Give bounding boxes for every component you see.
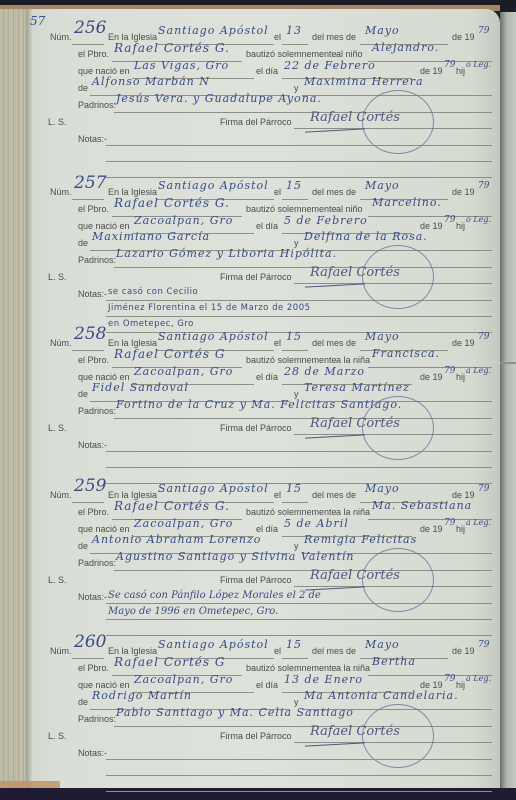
notes-label: Notas:- <box>78 289 107 299</box>
father-name: Rodrigo Martín <box>92 689 192 702</box>
form-underline <box>114 112 492 113</box>
baptism-month: Mayo <box>365 179 400 192</box>
child-name: Alejandro. <box>372 41 439 54</box>
church-name: Santiago Apóstol <box>158 638 269 651</box>
birth-year: 79 <box>444 674 455 684</box>
birth-year: 79 <box>444 518 455 528</box>
birthplace: Las Vigas, Gro <box>134 59 229 72</box>
ls-label: L. S. <box>48 731 67 741</box>
record-number: 259 <box>74 476 106 496</box>
legitimacy: a Leg. <box>466 366 491 375</box>
note-line: Jiménez Florentina el 15 de Marzo de 200… <box>108 303 311 313</box>
church-name: Santiago Apóstol <box>158 330 269 343</box>
of-label: de <box>78 541 88 551</box>
year-label: de 19 <box>452 338 475 348</box>
signature-label: Firma del Párroco <box>220 575 292 585</box>
signature-flourish <box>305 742 365 746</box>
note-line: Se casó con Pánfilo López Morales el 2 d… <box>108 590 321 601</box>
priest-label: el Pbro. <box>78 663 109 673</box>
birth-date: 28 de Marzo <box>284 365 365 378</box>
baptized-label: bautizó solemnemente <box>246 663 337 673</box>
birth-year-label: de 19 <box>420 372 443 382</box>
record-number: 256 <box>74 18 106 38</box>
birth-date: 13 de Enero <box>284 673 363 686</box>
legitimacy: a Leg. <box>466 518 491 527</box>
form-underline <box>114 418 492 419</box>
mother-name: Maximina Herrera <box>304 75 424 88</box>
godparents-names: Pablo Santiago y Ma. Celia Santiago <box>116 706 354 719</box>
ls-label: L. S. <box>48 423 67 433</box>
godparents-label: Padrinos: <box>78 255 116 265</box>
form-underline <box>282 350 308 351</box>
signature-flourish <box>305 128 365 132</box>
month-label: del mes de <box>312 490 356 500</box>
form-underline <box>282 658 308 659</box>
day-label: el <box>274 338 281 348</box>
godparents-label: Padrinos: <box>78 714 116 724</box>
baptism-year: 79 <box>478 332 489 342</box>
num-label: Núm. <box>50 187 72 197</box>
priest-label: el Pbro. <box>78 355 109 365</box>
child-prefix: a la niña <box>336 355 370 365</box>
record-number: 260 <box>74 632 106 652</box>
baptism-record: Núm.257En la IglesiaSantiago Apóstolel15… <box>0 173 500 323</box>
baptized-label: bautizó solemnemente <box>246 355 337 365</box>
notes-label: Notas:- <box>78 592 107 602</box>
year-label: de 19 <box>452 187 475 197</box>
birth-year: 79 <box>444 366 455 376</box>
baptism-day: 15 <box>286 638 302 651</box>
baptism-year: 79 <box>478 181 489 191</box>
form-underline <box>72 44 104 45</box>
of-label: de <box>78 697 88 707</box>
form-underline <box>282 44 308 45</box>
of-label: de <box>78 83 88 93</box>
priest-label: el Pbro. <box>78 204 109 214</box>
year-label: de 19 <box>452 32 475 42</box>
legitimacy: a Leg. <box>466 674 491 683</box>
priest-label: el Pbro. <box>78 507 109 517</box>
record-number: 258 <box>74 324 106 344</box>
church-name: Santiago Apóstol <box>158 179 269 192</box>
godparents-names: Agustino Santiago y Silvina Valentín <box>116 550 354 563</box>
note-line: se casó con Cecilio <box>108 287 198 297</box>
signature-label: Firma del Párroco <box>220 117 292 127</box>
child-of-label: hij <box>456 66 465 76</box>
baptism-month: Mayo <box>365 330 400 343</box>
born-day-label: el día <box>256 66 278 76</box>
ls-label: L. S. <box>48 575 67 585</box>
form-underline <box>114 267 492 268</box>
form-underline <box>106 161 492 162</box>
baptism-record: Núm.260En la IglesiaSantiago Apóstolel15… <box>0 632 500 782</box>
baptism-record: Núm.258En la IglesiaSantiago Apóstolel15… <box>0 324 500 474</box>
signature-flourish <box>305 434 365 438</box>
priest-name: Rafael Cortés G. <box>114 196 230 210</box>
form-underline <box>106 300 492 301</box>
day-label: el <box>274 187 281 197</box>
month-label: del mes de <box>312 32 356 42</box>
child-name: Bertha <box>372 655 416 668</box>
of-label: de <box>78 389 88 399</box>
ls-label: L. S. <box>48 272 67 282</box>
month-label: del mes de <box>312 338 356 348</box>
form-underline <box>282 199 308 200</box>
form-underline <box>106 603 492 604</box>
birth-year-label: de 19 <box>420 524 443 534</box>
baptized-label: bautizó solemnemente <box>246 49 337 59</box>
book-spine-right <box>500 12 516 792</box>
mother-name: Ma Antonia Candelaria. <box>304 689 459 702</box>
baptized-label: bautizó solemnemente <box>246 507 337 517</box>
baptism-record: Núm.259En la IglesiaSantiago Apóstolel15… <box>0 476 500 626</box>
num-label: Núm. <box>50 646 72 656</box>
priest-name: Rafael Cortés G. <box>114 499 230 513</box>
godparents-label: Padrinos: <box>78 406 116 416</box>
num-label: Núm. <box>50 490 72 500</box>
child-of-label: hij <box>456 524 465 534</box>
num-label: Núm. <box>50 32 72 42</box>
form-underline <box>106 759 492 760</box>
godparents-label: Padrinos: <box>78 558 116 568</box>
born-day-label: el día <box>256 221 278 231</box>
child-name: Francisca. <box>372 347 440 360</box>
form-underline <box>106 619 492 620</box>
signature-label: Firma del Párroco <box>220 423 292 433</box>
child-of-label: hij <box>456 372 465 382</box>
of-label: de <box>78 238 88 248</box>
form-underline <box>114 726 492 727</box>
birthplace: Zacoalpan, Gro <box>134 517 233 530</box>
birthplace: Zacoalpan, Gro <box>134 673 233 686</box>
day-label: el <box>274 646 281 656</box>
child-of-label: hij <box>456 221 465 231</box>
church-name: Santiago Apóstol <box>158 24 269 37</box>
godparents-names: Jesús Vera. y Guadalupe Ayona. <box>116 92 322 105</box>
form-underline <box>72 199 104 200</box>
signature-flourish <box>305 283 365 287</box>
birth-date: 5 de Abril <box>284 517 349 530</box>
ls-label: L. S. <box>48 117 67 127</box>
born-day-label: el día <box>256 372 278 382</box>
form-underline <box>72 350 104 351</box>
record-number: 257 <box>74 173 106 193</box>
day-label: el <box>274 490 281 500</box>
mother-name: Delfina de la Rosa. <box>304 230 428 243</box>
born-day-label: el día <box>256 680 278 690</box>
legitimacy: o Leg. <box>466 215 491 224</box>
baptism-day: 15 <box>286 179 302 192</box>
note-line: Mayo de 1996 en Ometepec, Gro. <box>108 606 278 617</box>
priest-name: Rafael Cortés G <box>114 347 225 361</box>
form-underline <box>282 502 308 503</box>
mother-name: Remigia Felicitas <box>304 533 417 546</box>
baptism-year: 79 <box>478 484 489 494</box>
child-prefix: a la niña <box>336 507 370 517</box>
birth-date: 5 de Febrero <box>284 214 368 227</box>
form-underline <box>72 658 104 659</box>
baptism-record: Núm.256En la IglesiaSantiago Apóstolel13… <box>0 18 500 168</box>
form-underline <box>114 570 492 571</box>
child-prefix: a la niña <box>336 663 370 673</box>
num-label: Núm. <box>50 338 72 348</box>
baptism-day: 13 <box>286 24 302 37</box>
birth-year: 79 <box>444 60 455 70</box>
form-underline <box>106 775 492 776</box>
baptism-month: Mayo <box>365 24 400 37</box>
form-underline <box>106 791 492 792</box>
godparents-names: Lazario Gómez y Liboria Hipólita. <box>116 247 337 260</box>
godparents-label: Padrinos: <box>78 100 116 110</box>
baptism-year: 79 <box>478 640 489 650</box>
child-prefix: al niño <box>336 49 363 59</box>
year-label: de 19 <box>452 646 475 656</box>
birth-date: 22 de Febrero <box>284 59 376 72</box>
baptism-year: 79 <box>478 26 489 36</box>
spine-divider <box>500 362 516 364</box>
baptism-month: Mayo <box>365 482 400 495</box>
father-name: Alfonso Marbán N <box>92 75 210 88</box>
form-underline <box>106 451 492 452</box>
father-name: Fidel Sandoval <box>92 381 189 394</box>
form-underline <box>106 316 492 317</box>
baptized-label: bautizó solemnemente <box>246 204 337 214</box>
month-label: del mes de <box>312 187 356 197</box>
form-underline <box>106 467 492 468</box>
baptism-day: 15 <box>286 482 302 495</box>
signature-label: Firma del Párroco <box>220 272 292 282</box>
baptism-day: 15 <box>286 330 302 343</box>
day-label: el <box>274 32 281 42</box>
birthplace: Zacoalpan, Gro <box>134 214 233 227</box>
month-label: del mes de <box>312 646 356 656</box>
form-underline <box>106 145 492 146</box>
birth-year: 79 <box>444 215 455 225</box>
mother-name: Teresa Martínez <box>304 381 410 394</box>
priest-name: Rafael Cortés G <box>114 655 225 669</box>
notes-label: Notas:- <box>78 440 107 450</box>
father-name: Maximiano García <box>92 230 210 243</box>
church-name: Santiago Apóstol <box>158 482 269 495</box>
baptism-month: Mayo <box>365 638 400 651</box>
child-prefix: al niño <box>336 204 363 214</box>
legitimacy: o Leg. <box>466 60 491 69</box>
notes-label: Notas:- <box>78 134 107 144</box>
father-name: Antonio Abraham Lorenzo <box>92 533 261 546</box>
notes-label: Notas:- <box>78 748 107 758</box>
priest-label: el Pbro. <box>78 49 109 59</box>
bottom-edge-shadow <box>0 788 516 800</box>
priest-name: Rafael Cortés G. <box>114 41 230 55</box>
child-name: Marcelino. <box>372 196 442 209</box>
birthplace: Zacoalpan, Gro <box>134 365 233 378</box>
child-name: Ma. Sebastiana <box>372 499 472 512</box>
form-underline <box>72 502 104 503</box>
godparents-names: Fortino de la Cruz y Ma. Felicitas Santi… <box>116 398 402 411</box>
signature-label: Firma del Párroco <box>220 731 292 741</box>
